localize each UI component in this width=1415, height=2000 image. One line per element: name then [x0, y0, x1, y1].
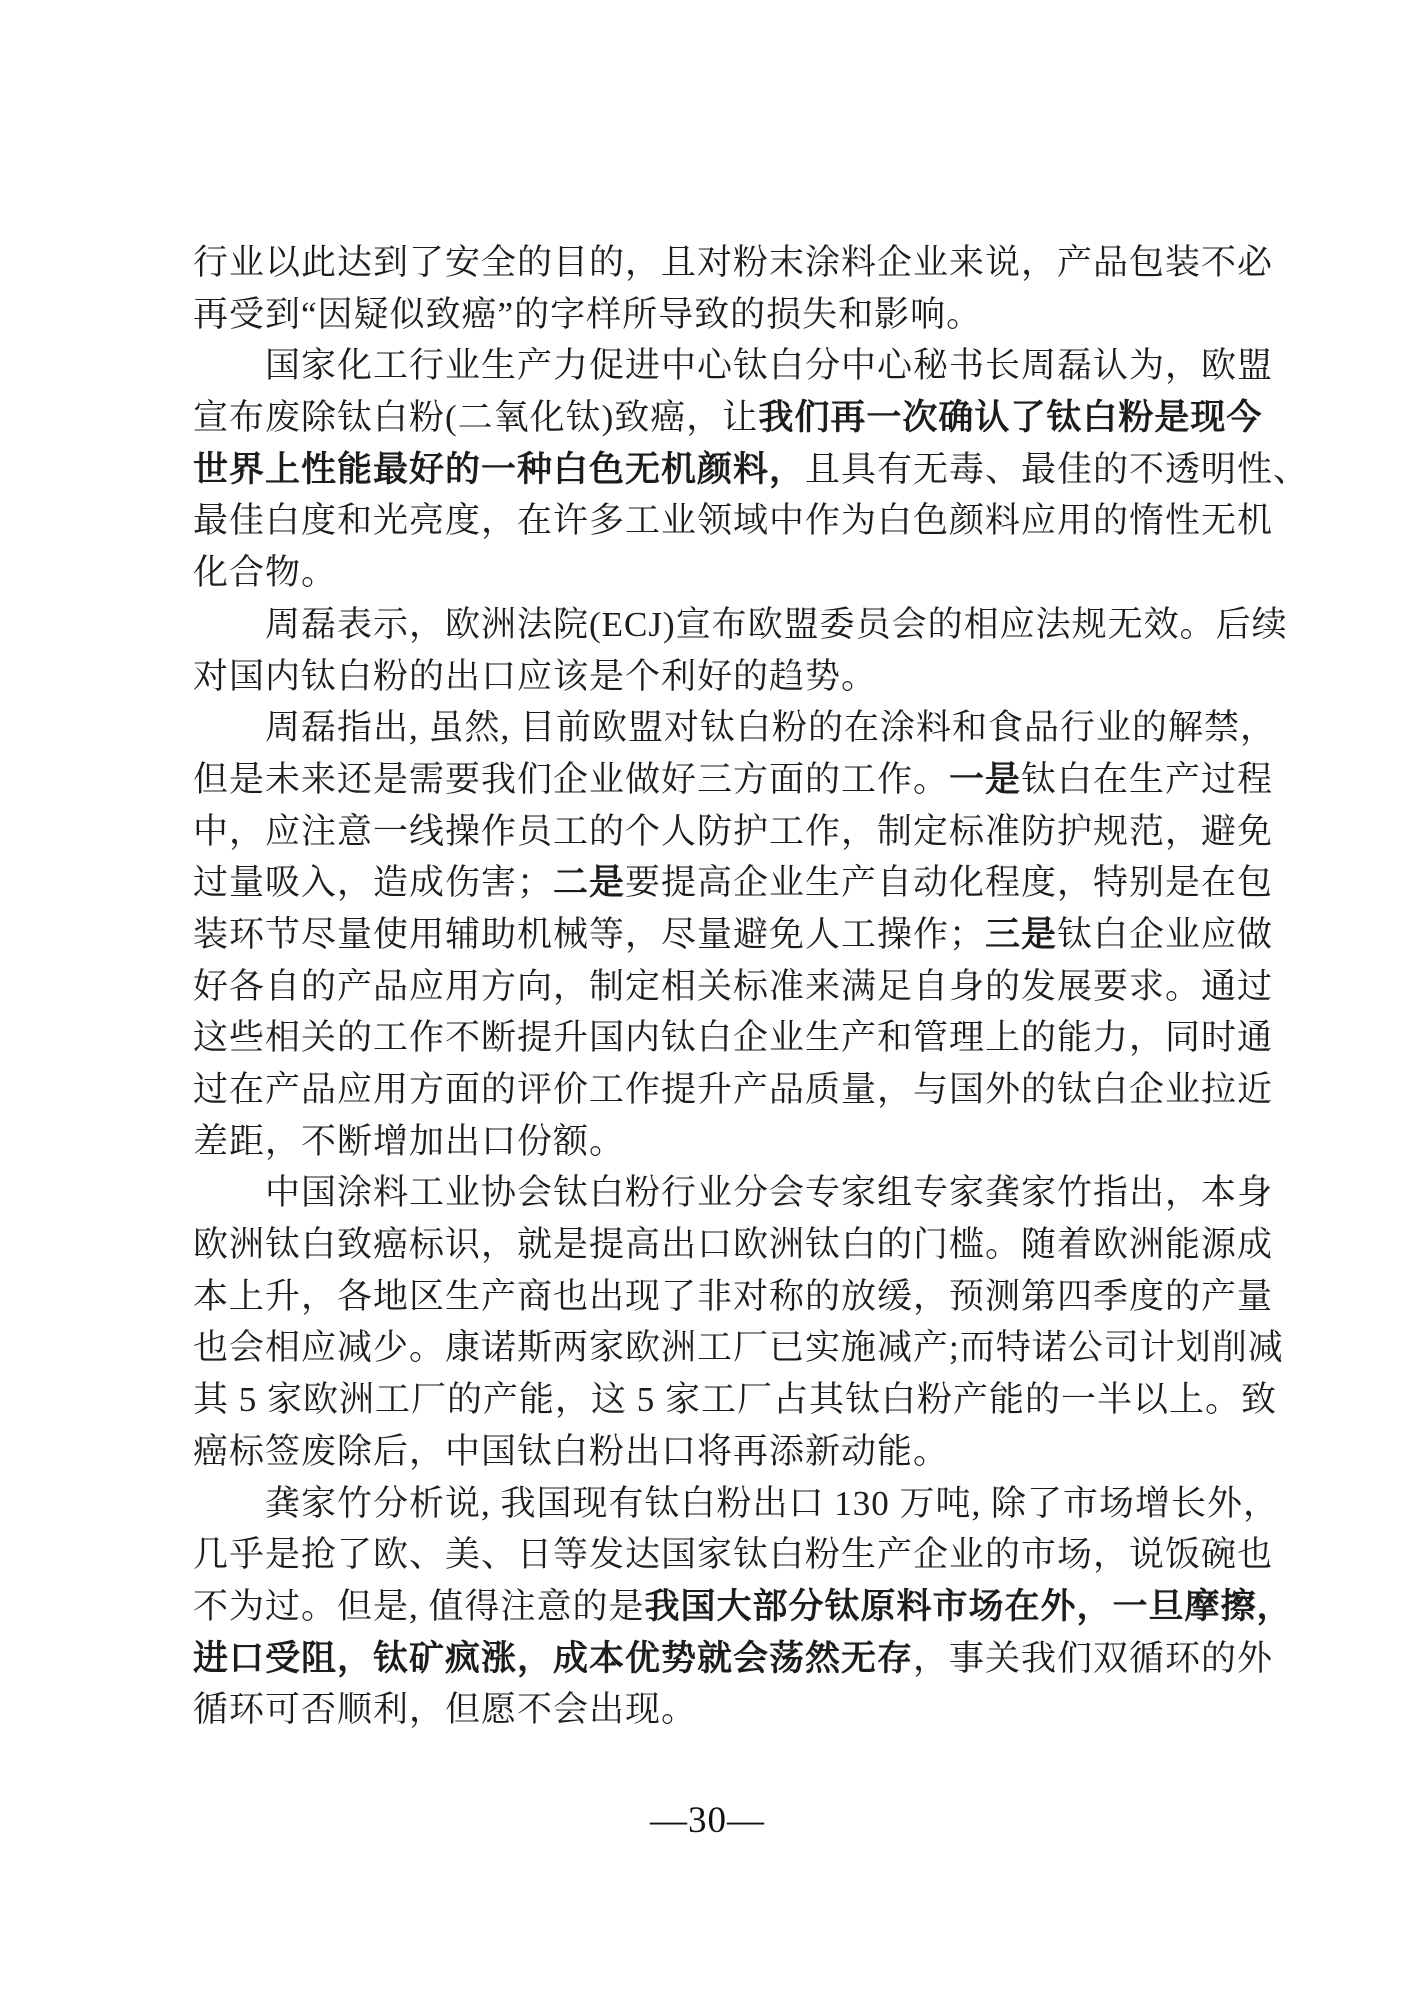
text-segment: 国家化工行业生产力促进中心钛白分中心秘书长周磊认为，欧盟 — [265, 346, 1273, 385]
text-segment: 装环节尽量使用辅助机械等，尽量避免人工操作； — [193, 915, 985, 954]
text-line: 过量吸入，造成伤害；二是要提高企业生产自动化程度，特别是在包 — [193, 857, 1283, 909]
text-segment: 龚家竹分析说, 我国现有钛白粉出口 130 万吨, 除了市场增长外， — [265, 1484, 1279, 1523]
text-segment: 过量吸入，造成伤害； — [193, 863, 553, 902]
text-line: 几乎是抢了欧、美、日等发达国家钛白粉生产企业的市场，说饭碗也 — [193, 1529, 1283, 1581]
text-line: 再受到“因疑似致癌”的字样所导致的损失和影响。 — [193, 289, 1283, 341]
text-segment: 其 5 家欧洲工厂的产能，这 5 家工厂占其钛白粉产能的一半以上。致 — [193, 1380, 1277, 1419]
text-line: 宣布废除钛白粉(二氧化钛)致癌，让我们再一次确认了钛白粉是现今 — [193, 392, 1283, 444]
text-line: 世界上性能最好的一种白色无机颜料，且具有无毒、最佳的不透明性、 — [193, 444, 1283, 496]
text-segment: 过在产品应用方面的评价工作提升产品质量，与国外的钛白企业拉近 — [193, 1070, 1273, 1109]
text-line: 中，应注意一线操作员工的个人防护工作，制定标准防护规范，避免 — [193, 806, 1283, 858]
text-line: 差距，不断增加出口份额。 — [193, 1116, 1283, 1168]
text-line: 进口受阻，钛矿疯涨，成本优势就会荡然无存，事关我们双循环的外 — [193, 1633, 1283, 1685]
bold-text-segment: 三是 — [985, 915, 1057, 954]
text-line: 不为过。但是, 值得注意的是我国大部分钛原料市场在外，一旦摩擦， — [193, 1581, 1283, 1633]
bold-text-segment: 我国大部分钛原料市场在外，一旦摩擦， — [645, 1587, 1293, 1626]
text-segment: 钛白在生产过程 — [1021, 760, 1273, 799]
text-segment: 也会相应减少。康诺斯两家欧洲工厂已实施减产;而特诺公司计划削减 — [193, 1328, 1284, 1367]
text-line: 中国涂料工业协会钛白粉行业分会专家组专家龚家竹指出，本身 — [193, 1167, 1283, 1219]
text-line: 但是未来还是需要我们企业做好三方面的工作。一是钛白在生产过程 — [193, 754, 1283, 806]
text-segment: 宣布废除钛白粉(二氧化钛)致癌，让 — [193, 398, 758, 437]
bold-text-segment: 我们再一次确认了钛白粉是现今 — [758, 398, 1262, 437]
text-segment: 最佳白度和光亮度，在许多工业领域中作为白色颜料应用的惰性无机 — [193, 501, 1273, 540]
text-line: 循环可否顺利，但愿不会出现。 — [193, 1684, 1283, 1736]
text-segment: 不为过。但是, 值得注意的是 — [193, 1587, 645, 1626]
text-line: 过在产品应用方面的评价工作提升产品质量，与国外的钛白企业拉近 — [193, 1064, 1283, 1116]
text-line: 其 5 家欧洲工厂的产能，这 5 家工厂占其钛白粉产能的一半以上。致 — [193, 1374, 1283, 1426]
text-line: 这些相关的工作不断提升国内钛白企业生产和管理上的能力，同时通 — [193, 1012, 1283, 1064]
bold-text-segment: 世界上性能最好的一种白色无机颜料， — [193, 450, 805, 489]
text-line: 好各自的产品应用方向，制定相关标准来满足自身的发展要求。通过 — [193, 961, 1283, 1013]
text-line: 最佳白度和光亮度，在许多工业领域中作为白色颜料应用的惰性无机 — [193, 495, 1283, 547]
text-line: 周磊指出, 虽然, 目前欧盟对钛白粉的在涂料和食品行业的解禁， — [193, 702, 1283, 754]
text-line: 化合物。 — [193, 547, 1283, 599]
bold-text-segment: 进口受阻，钛矿疯涨，成本优势就会荡然无存 — [193, 1639, 913, 1678]
bold-text-segment: 二是 — [553, 863, 625, 902]
text-line: 本上升，各地区生产商也出现了非对称的放缓，预测第四季度的产量 — [193, 1271, 1283, 1323]
text-segment: 循环可否顺利，但愿不会出现。 — [193, 1690, 697, 1729]
text-segment: 行业以此达到了安全的目的，且对粉末涂料企业来说，产品包装不必 — [193, 243, 1273, 282]
body-text: 行业以此达到了安全的目的，且对粉末涂料企业来说，产品包装不必再受到“因疑似致癌”… — [193, 237, 1283, 1736]
text-segment: 周磊表示，欧洲法院(ECJ)宣布欧盟委员会的相应法规无效。后续 — [265, 605, 1288, 644]
text-segment: 但是未来还是需要我们企业做好三方面的工作。 — [193, 760, 949, 799]
text-segment: 中，应注意一线操作员工的个人防护工作，制定标准防护规范，避免 — [193, 812, 1273, 851]
text-line: 龚家竹分析说, 我国现有钛白粉出口 130 万吨, 除了市场增长外， — [193, 1478, 1283, 1530]
text-segment: 再受到“因疑似致癌”的字样所导致的损失和影响。 — [193, 295, 982, 334]
text-line: 对国内钛白粉的出口应该是个利好的趋势。 — [193, 651, 1283, 703]
text-line: 欧洲钛白致癌标识，就是提高出口欧洲钛白的门槛。随着欧洲能源成 — [193, 1219, 1283, 1271]
bold-text-segment: 一是 — [949, 760, 1021, 799]
text-segment: 差距，不断增加出口份额。 — [193, 1122, 625, 1161]
page-number: —30— — [0, 1797, 1415, 1845]
text-line: 癌标签废除后，中国钛白粉出口将再添新动能。 — [193, 1426, 1283, 1478]
text-segment: 化合物。 — [193, 553, 337, 592]
document-page: 行业以此达到了安全的目的，且对粉末涂料企业来说，产品包装不必再受到“因疑似致癌”… — [0, 0, 1415, 2000]
text-segment: ，事关我们双循环的外 — [913, 1639, 1273, 1678]
text-line: 周磊表示，欧洲法院(ECJ)宣布欧盟委员会的相应法规无效。后续 — [193, 599, 1283, 651]
text-segment: 本上升，各地区生产商也出现了非对称的放缓，预测第四季度的产量 — [193, 1277, 1273, 1316]
text-segment: 对国内钛白粉的出口应该是个利好的趋势。 — [193, 657, 877, 696]
text-segment: 癌标签废除后，中国钛白粉出口将再添新动能。 — [193, 1432, 949, 1471]
text-segment: 且具有无毒、最佳的不透明性、 — [805, 450, 1309, 489]
text-line: 国家化工行业生产力促进中心钛白分中心秘书长周磊认为，欧盟 — [193, 340, 1283, 392]
text-segment: 钛白企业应做 — [1057, 915, 1273, 954]
text-line: 装环节尽量使用辅助机械等，尽量避免人工操作；三是钛白企业应做 — [193, 909, 1283, 961]
text-segment: 要提高企业生产自动化程度，特别是在包 — [625, 863, 1273, 902]
text-line: 行业以此达到了安全的目的，且对粉末涂料企业来说，产品包装不必 — [193, 237, 1283, 289]
text-segment: 几乎是抢了欧、美、日等发达国家钛白粉生产企业的市场，说饭碗也 — [193, 1535, 1273, 1574]
text-line: 也会相应减少。康诺斯两家欧洲工厂已实施减产;而特诺公司计划削减 — [193, 1322, 1283, 1374]
text-segment: 欧洲钛白致癌标识，就是提高出口欧洲钛白的门槛。随着欧洲能源成 — [193, 1225, 1273, 1264]
text-segment: 周磊指出, 虽然, 目前欧盟对钛白粉的在涂料和食品行业的解禁， — [265, 708, 1276, 747]
text-segment: 这些相关的工作不断提升国内钛白企业生产和管理上的能力，同时通 — [193, 1018, 1273, 1057]
text-segment: 中国涂料工业协会钛白粉行业分会专家组专家龚家竹指出，本身 — [265, 1173, 1273, 1212]
text-segment: 好各自的产品应用方向，制定相关标准来满足自身的发展要求。通过 — [193, 967, 1273, 1006]
